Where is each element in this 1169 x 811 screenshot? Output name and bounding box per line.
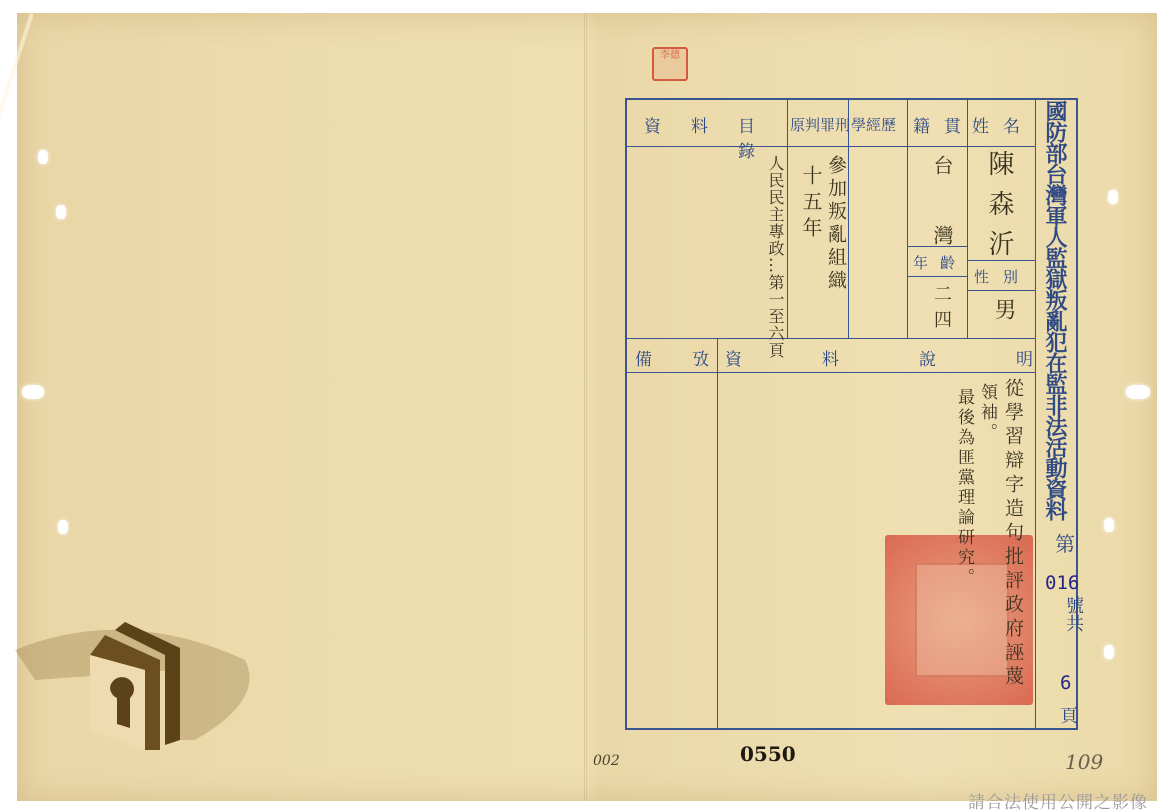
- punch-hole: [56, 205, 66, 219]
- punch-hole: [1108, 190, 1118, 204]
- table-border-right: [1076, 98, 1078, 730]
- value-gender: 男: [988, 298, 1019, 322]
- handwritten-page-number: 109: [1065, 750, 1103, 774]
- value-description-line3: 最後為匪黨理論研究。: [952, 388, 977, 588]
- pages-suffix: 頁: [1060, 702, 1078, 728]
- seal-text: 李德: [660, 50, 680, 61]
- header-education: 學經歷: [851, 114, 896, 135]
- header-material-catalog: 資料目錄: [630, 112, 785, 162]
- value-native-place: 台灣: [928, 155, 957, 295]
- section-header-divider: [625, 372, 1035, 373]
- page-count: 6: [1060, 672, 1071, 694]
- punch-hole: [58, 520, 68, 534]
- table-border-bottom: [625, 728, 1078, 730]
- col-divider: [907, 98, 908, 338]
- table-border-left: [625, 98, 627, 730]
- gender-row-divider: [967, 290, 1035, 291]
- document-title: 國防部台灣軍人監獄叛亂犯在監非法活動資料: [1038, 100, 1072, 520]
- archive-logo-icon: [15, 610, 260, 750]
- value-name: 陳森沂: [983, 150, 1015, 270]
- punch-hole: [1126, 385, 1150, 399]
- header-remarks: 備攷: [635, 345, 749, 370]
- punch-hole: [1104, 518, 1114, 532]
- title-column-divider: [1035, 98, 1036, 730]
- header-native-place: 籍貫: [913, 112, 975, 137]
- archive-stamp-number: 0550: [740, 742, 796, 766]
- usage-watermark: 請合法使用公開之影像: [968, 788, 1148, 811]
- number-suffix: 號共: [1060, 596, 1086, 632]
- table-border-top: [625, 98, 1078, 100]
- center-fold: [584, 13, 587, 801]
- punch-hole: [38, 150, 48, 164]
- col-divider: [787, 98, 788, 338]
- document-number: 016: [1045, 572, 1079, 594]
- value-age: 二四: [928, 284, 954, 336]
- value-description-line2: 領袖。: [975, 383, 1000, 443]
- header-label: 資料目錄: [630, 112, 785, 162]
- punch-hole: [22, 385, 44, 399]
- seal-stamp-small: 李德: [652, 47, 688, 81]
- handwritten-note-left: 002: [593, 753, 620, 769]
- number-prefix: 第: [1055, 528, 1075, 557]
- header-name: 姓名: [972, 112, 1034, 137]
- punch-hole: [1104, 645, 1114, 659]
- value-charge: 參加叛亂組織: [823, 155, 850, 293]
- value-material-catalog: 人民民主專政…第一至六頁: [764, 155, 787, 359]
- remarks-col-divider: [717, 338, 718, 730]
- value-sentence: 十五年: [797, 165, 826, 243]
- header-original-sentence: 原判罪刑: [790, 114, 850, 135]
- title-text: 國防部台灣軍人監獄叛亂犯在監非法活動資料: [1042, 100, 1068, 520]
- section-divider: [625, 338, 1035, 339]
- value-description-line1: 從學習辯字造句批評政府誣蔑: [1000, 378, 1027, 690]
